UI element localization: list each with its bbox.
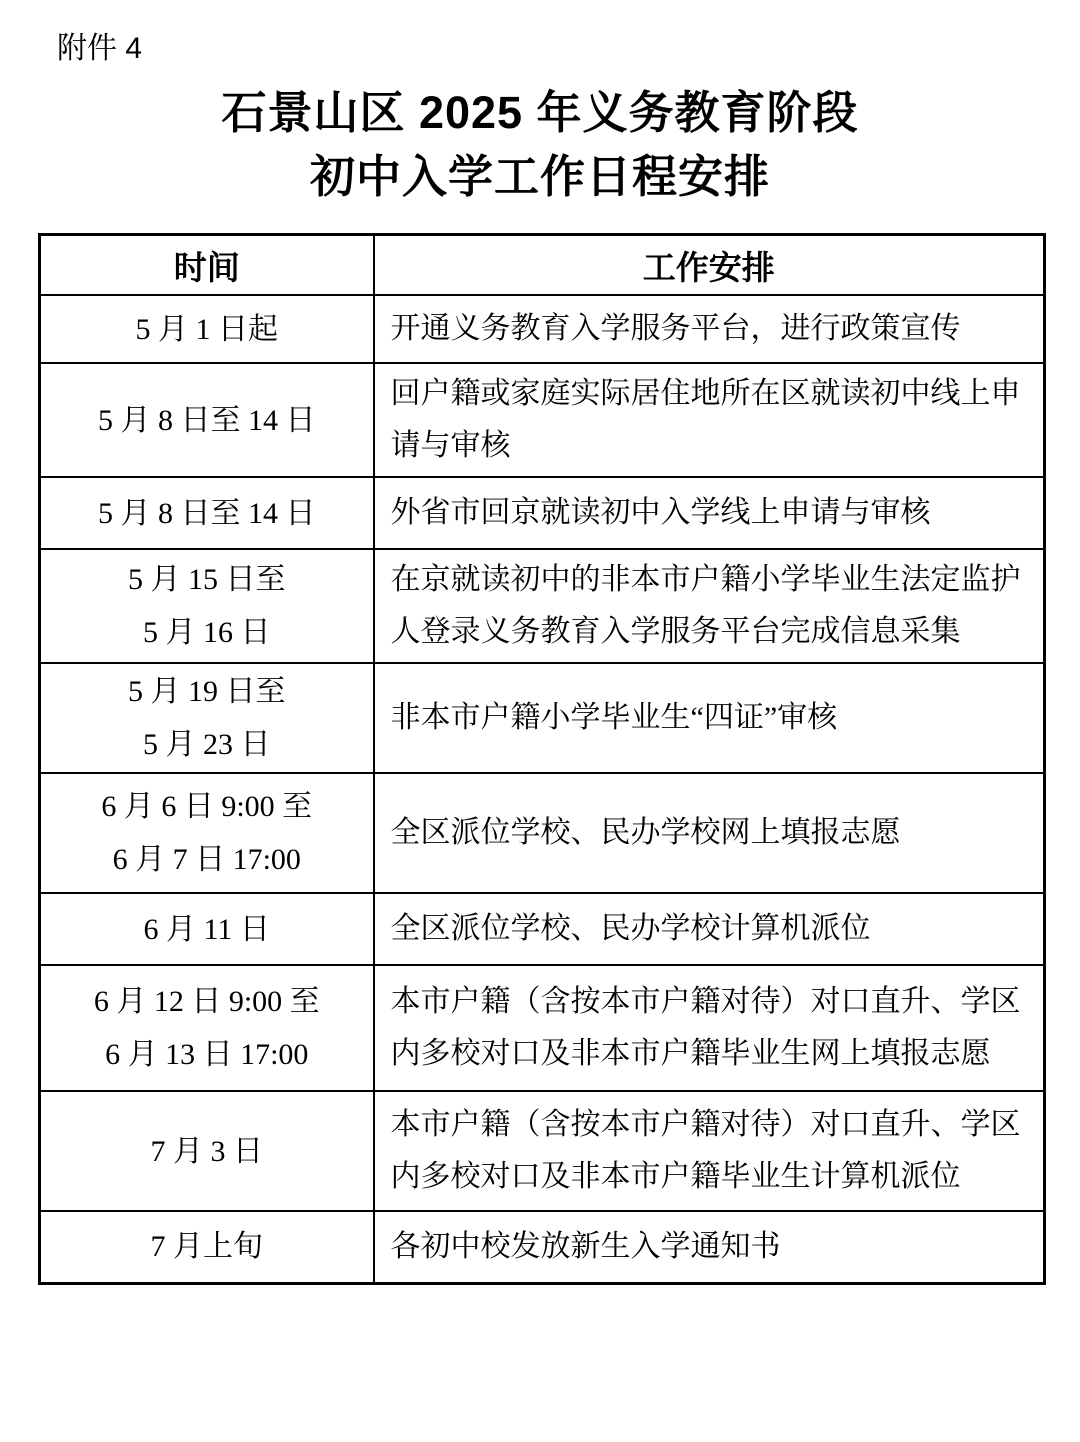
table-row: 5 月 8 日至 14 日回户籍或家庭实际居住地所在区就读初中线上申请与审核 — [40, 363, 1045, 477]
time-cell: 6 月 12 日 9:00 至 6 月 13 日 17:00 — [40, 965, 374, 1091]
header-cell-task: 工作安排 — [374, 235, 1045, 296]
time-cell: 6 月 11 日 — [40, 893, 374, 965]
task-cell: 本市户籍（含按本市户籍对待）对口直升、学区内多校对口及非本市户籍毕业生计算机派位 — [374, 1091, 1045, 1211]
schedule-header-row: 时间 工作安排 — [40, 235, 1045, 296]
time-cell: 5 月 8 日至 14 日 — [40, 477, 374, 549]
task-cell: 全区派位学校、民办学校网上填报志愿 — [374, 773, 1045, 893]
table-row: 6 月 11 日全区派位学校、民办学校计算机派位 — [40, 893, 1045, 965]
table-row: 5 月 19 日至 5 月 23 日非本市户籍小学毕业生“四证”审核 — [40, 663, 1045, 773]
time-cell: 6 月 6 日 9:00 至 6 月 7 日 17:00 — [40, 773, 374, 893]
task-cell: 本市户籍（含按本市户籍对待）对口直升、学区内多校对口及非本市户籍毕业生网上填报志… — [374, 965, 1045, 1091]
time-cell: 7 月上旬 — [40, 1211, 374, 1283]
task-cell: 回户籍或家庭实际居住地所在区就读初中线上申请与审核 — [374, 363, 1045, 477]
time-cell: 5 月 1 日起 — [40, 295, 374, 363]
task-cell: 各初中校发放新生入学通知书 — [374, 1211, 1045, 1283]
task-cell: 全区派位学校、民办学校计算机派位 — [374, 893, 1045, 965]
task-cell: 开通义务教育入学服务平台，进行政策宣传 — [374, 295, 1045, 363]
time-cell: 5 月 8 日至 14 日 — [40, 363, 374, 477]
time-cell: 5 月 15 日至 5 月 16 日 — [40, 549, 374, 663]
task-cell: 非本市户籍小学毕业生“四证”审核 — [374, 663, 1045, 773]
header-cell-time: 时间 — [40, 235, 374, 296]
schedule-table: 时间 工作安排 5 月 1 日起开通义务教育入学服务平台，进行政策宣传5 月 8… — [38, 233, 1046, 1285]
table-row: 7 月上旬各初中校发放新生入学通知书 — [40, 1211, 1045, 1283]
document-title: 石景山区 2025 年义务教育阶段 初中入学工作日程安排 — [0, 81, 1080, 209]
task-cell: 在京就读初中的非本市户籍小学毕业生法定监护人登录义务教育入学服务平台完成信息采集 — [374, 549, 1045, 663]
table-row: 6 月 6 日 9:00 至 6 月 7 日 17:00全区派位学校、民办学校网… — [40, 773, 1045, 893]
document-title-line-2: 初中入学工作日程安排 — [310, 151, 770, 202]
time-cell: 7 月 3 日 — [40, 1091, 374, 1211]
table-row: 5 月 8 日至 14 日外省市回京就读初中入学线上申请与审核 — [40, 477, 1045, 549]
table-row: 5 月 15 日至 5 月 16 日在京就读初中的非本市户籍小学毕业生法定监护人… — [40, 549, 1045, 663]
document-page: 附件 4 石景山区 2025 年义务教育阶段 初中入学工作日程安排 时间 工作安… — [0, 0, 1080, 1442]
table-row: 5 月 1 日起开通义务教育入学服务平台，进行政策宣传 — [40, 295, 1045, 363]
document-title-line-1: 石景山区 2025 年义务教育阶段 — [221, 87, 858, 138]
table-row: 7 月 3 日本市户籍（含按本市户籍对待）对口直升、学区内多校对口及非本市户籍毕… — [40, 1091, 1045, 1211]
table-row: 6 月 12 日 9:00 至 6 月 13 日 17:00本市户籍（含按本市户… — [40, 965, 1045, 1091]
attachment-label: 附件 4 — [57, 0, 1080, 67]
time-cell: 5 月 19 日至 5 月 23 日 — [40, 663, 374, 773]
task-cell: 外省市回京就读初中入学线上申请与审核 — [374, 477, 1045, 549]
